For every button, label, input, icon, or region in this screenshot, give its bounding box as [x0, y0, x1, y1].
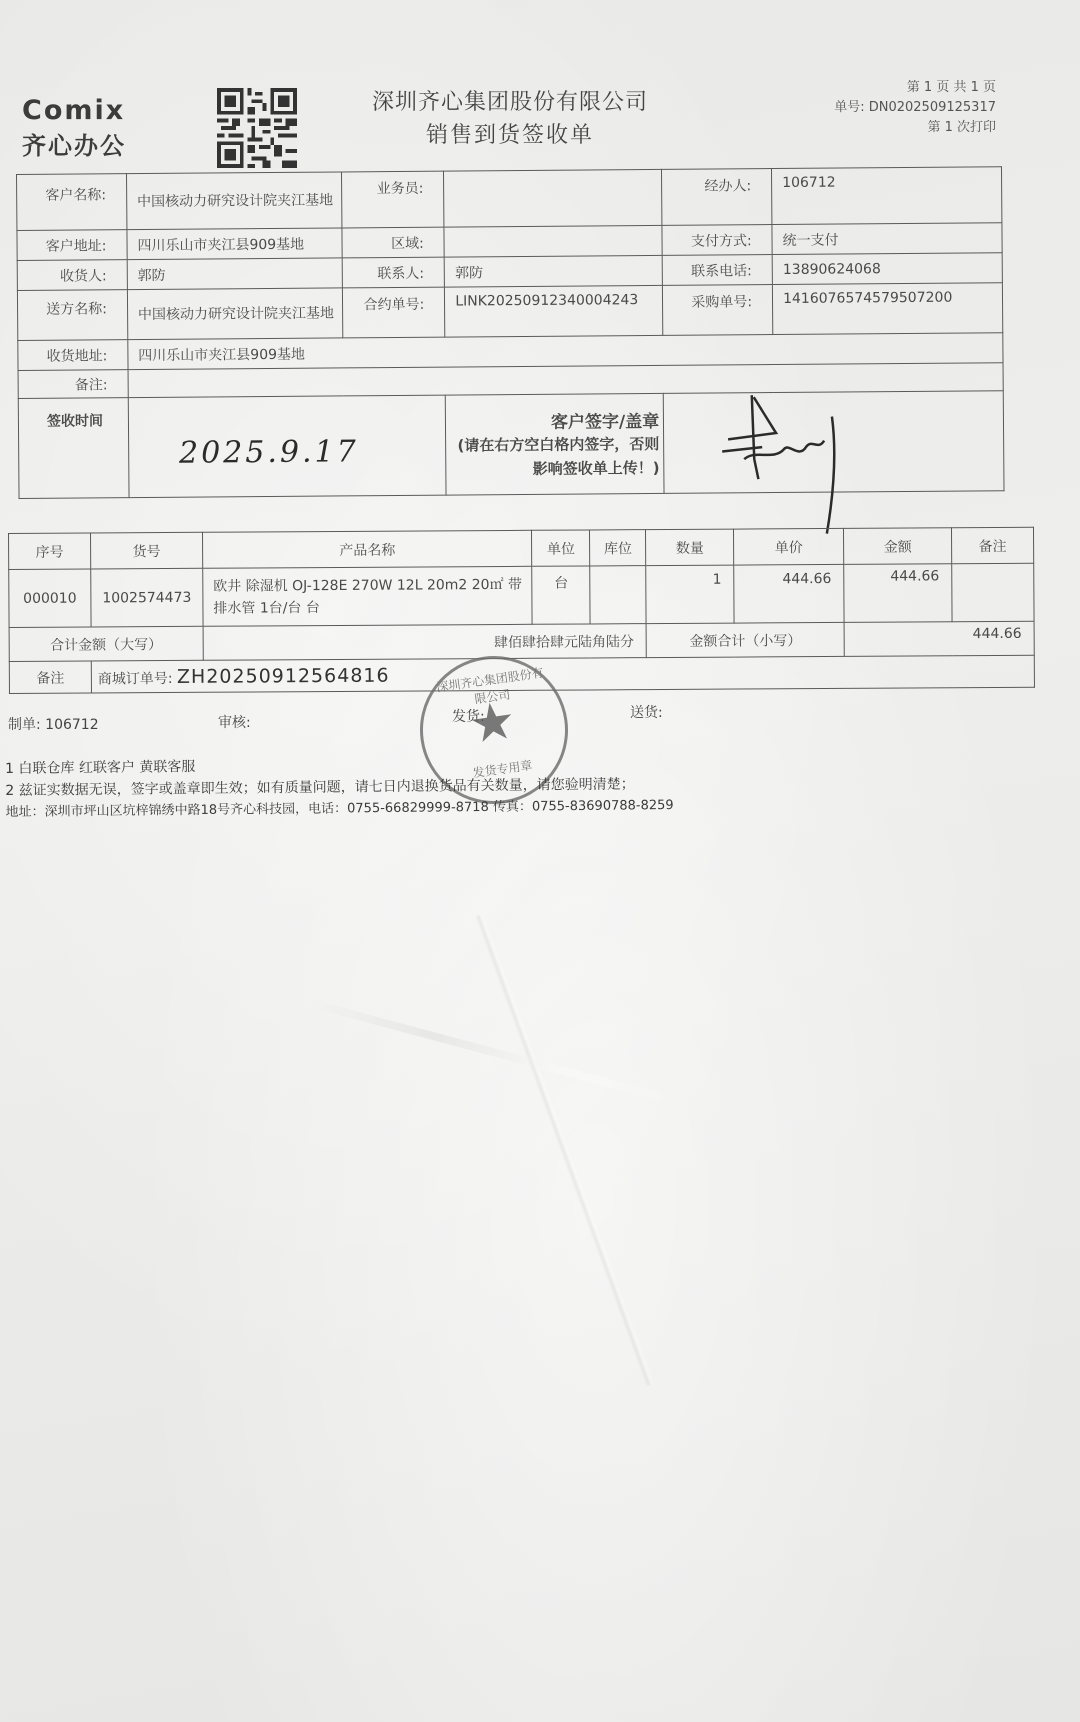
col-header-seq: 序号: [9, 533, 91, 569]
customer-name-value: 中国核动力研究设计院夹江基地: [126, 172, 342, 230]
customer-address-value: 四川乐山市夹江县909基地: [127, 228, 343, 260]
cell-sku: 1002574473: [91, 568, 203, 627]
cell-product-name: 欧井 除湿机 OJ-128E 270W 12L 20m2 20㎡ 带排水管 1台…: [203, 566, 533, 626]
paper-crease: [306, 998, 694, 1109]
contact-value: 郭防: [444, 255, 662, 287]
handler-label: 经办人:: [662, 169, 772, 226]
print-count: 第 1 次打印: [834, 118, 996, 138]
document-title: 深圳齐心集团股份有限公司 销售到货签收单: [360, 85, 660, 149]
sign-row: 签收时间 2025.9.17 客户签字/盖章 (请在右方空白格内签字，否则影响签…: [18, 391, 1004, 499]
sign-time-field[interactable]: 2025.9.17: [128, 395, 446, 497]
order-remark-label: 备注: [9, 661, 91, 694]
qr-code-icon: [216, 88, 298, 168]
total-lower-value: 444.66: [844, 621, 1034, 656]
col-header-qty: 数量: [646, 529, 734, 566]
customer-sign-instructions: 客户签字/盖章 (请在右方空白格内签字，否则影响签收单上传！): [446, 393, 665, 495]
col-header-location: 库位: [590, 530, 646, 566]
phone-value: 13890624068: [772, 253, 1002, 285]
signature-field[interactable]: [663, 391, 1004, 494]
payment-label: 支付方式:: [662, 225, 772, 256]
info-row: 送方名称: 中国核动力研究设计院夹江基地 合约单号: LINK202509123…: [17, 283, 1002, 341]
col-header-sku: 货号: [90, 532, 202, 569]
contract-label: 合约单号:: [343, 287, 445, 338]
doc-title: 销售到货签收单: [360, 118, 660, 149]
cell-location: [590, 566, 646, 624]
mall-order-number: ZH20250912564816: [177, 664, 390, 687]
col-header-product-name: 产品名称: [202, 530, 532, 568]
maker-field: 制单: 106712: [8, 714, 99, 734]
delivery-address-label: 收货地址:: [18, 340, 128, 371]
ship-to-value: 中国核动力研究设计院夹江基地: [127, 288, 343, 340]
signature-icon: [714, 388, 855, 539]
salesperson-label: 业务员:: [342, 171, 444, 228]
paper-crease: [475, 913, 655, 1386]
logo-en: Comix: [22, 95, 126, 126]
doc-number: 单号: DN0202509125317: [834, 98, 996, 118]
total-upper-value: 肆佰肆拾肆元陆角陆分: [203, 624, 647, 661]
col-header-amount: 金额: [844, 528, 952, 565]
cell-seq: 000010: [9, 569, 91, 627]
mall-order-label: 商城订单号:: [98, 670, 173, 686]
doc-number-value: DN0202509125317: [869, 100, 996, 115]
sign-time-label: 签收时间: [18, 398, 129, 499]
purchase-label: 采购单号:: [663, 285, 773, 336]
review-label: 审核:: [218, 712, 251, 732]
contact-label: 联系人:: [343, 257, 445, 288]
info-row: 客户名称: 中国核动力研究设计院夹江基地 业务员: 经办人: 106712: [17, 167, 1002, 231]
customer-name-label: 客户名称:: [17, 174, 127, 231]
purchase-value: 1416076574579507200: [772, 283, 1002, 335]
ship-to-label: 送方名称:: [17, 290, 127, 341]
doc-number-label: 单号:: [834, 100, 864, 115]
sign-time-handwritten: 2025.9.17: [179, 434, 359, 470]
remark-label: 备注:: [18, 370, 128, 399]
payment-value: 统一支付: [772, 223, 1002, 255]
handler-value: 106712: [772, 167, 1002, 225]
cell-amount: 444.66: [844, 564, 952, 623]
items-header-row: 序号 货号 产品名称 单位 库位 数量 单价 金额 备注: [9, 527, 1034, 569]
maker-value: 106712: [45, 717, 98, 733]
customer-sign-note: (请在右方空白格内签字，否则影响签收单上传！): [446, 432, 659, 482]
cell-unit: 台: [532, 566, 590, 624]
notes-block: 1 白联仓库 红联客户 黄联客服 2 兹证实数据无误，签字或盖章即生效；如有质量…: [5, 751, 674, 824]
page-info: 第 1 页 共 1 页: [834, 78, 996, 98]
receiver-value: 郭防: [127, 258, 343, 290]
customer-info-table: 客户名称: 中国核动力研究设计院夹江基地 业务员: 经办人: 106712 客户…: [16, 166, 1005, 499]
star-icon: ★: [466, 694, 519, 752]
region-value: [444, 225, 662, 257]
col-header-unit-price: 单价: [734, 528, 844, 565]
company-name: 深圳齐心集团股份有限公司: [360, 85, 660, 116]
delivery-receipt-paper: Comix 齐心办公 深圳齐心集团股份有限公司 销售到货签收单 第 1 页 共 …: [0, 0, 1080, 1722]
customer-sign-title: 客户签字/盖章: [446, 407, 659, 434]
cell-unit-price: 444.66: [734, 564, 844, 623]
phone-label: 联系电话:: [662, 255, 772, 286]
total-lower-label: 金额合计（小写）: [646, 622, 844, 657]
col-header-remark: 备注: [952, 527, 1034, 563]
cell-qty: 1: [646, 565, 734, 624]
total-upper-label: 合计金额（大写）: [9, 626, 203, 661]
deliver-label: 送货:: [630, 702, 663, 722]
table-row: 000010 1002574473 欧井 除湿机 OJ-128E 270W 12…: [9, 563, 1034, 627]
customer-address-label: 客户地址:: [17, 230, 127, 261]
logo-cn: 齐心办公: [22, 126, 126, 161]
receiver-label: 收货人:: [17, 260, 127, 291]
region-label: 区域:: [342, 227, 444, 258]
mall-order-cell: 商城订单号: ZH20250912564816: [91, 655, 1034, 693]
contract-value: LINK20250912340004243: [445, 285, 663, 337]
salesperson-value: [444, 169, 662, 227]
cell-remark: [952, 563, 1034, 621]
doc-meta: 第 1 页 共 1 页 单号: DN0202509125317 第 1 次打印: [834, 78, 996, 138]
col-header-unit: 单位: [532, 530, 590, 566]
comix-logo: Comix 齐心办公: [22, 95, 126, 161]
maker-label: 制单:: [8, 717, 41, 733]
